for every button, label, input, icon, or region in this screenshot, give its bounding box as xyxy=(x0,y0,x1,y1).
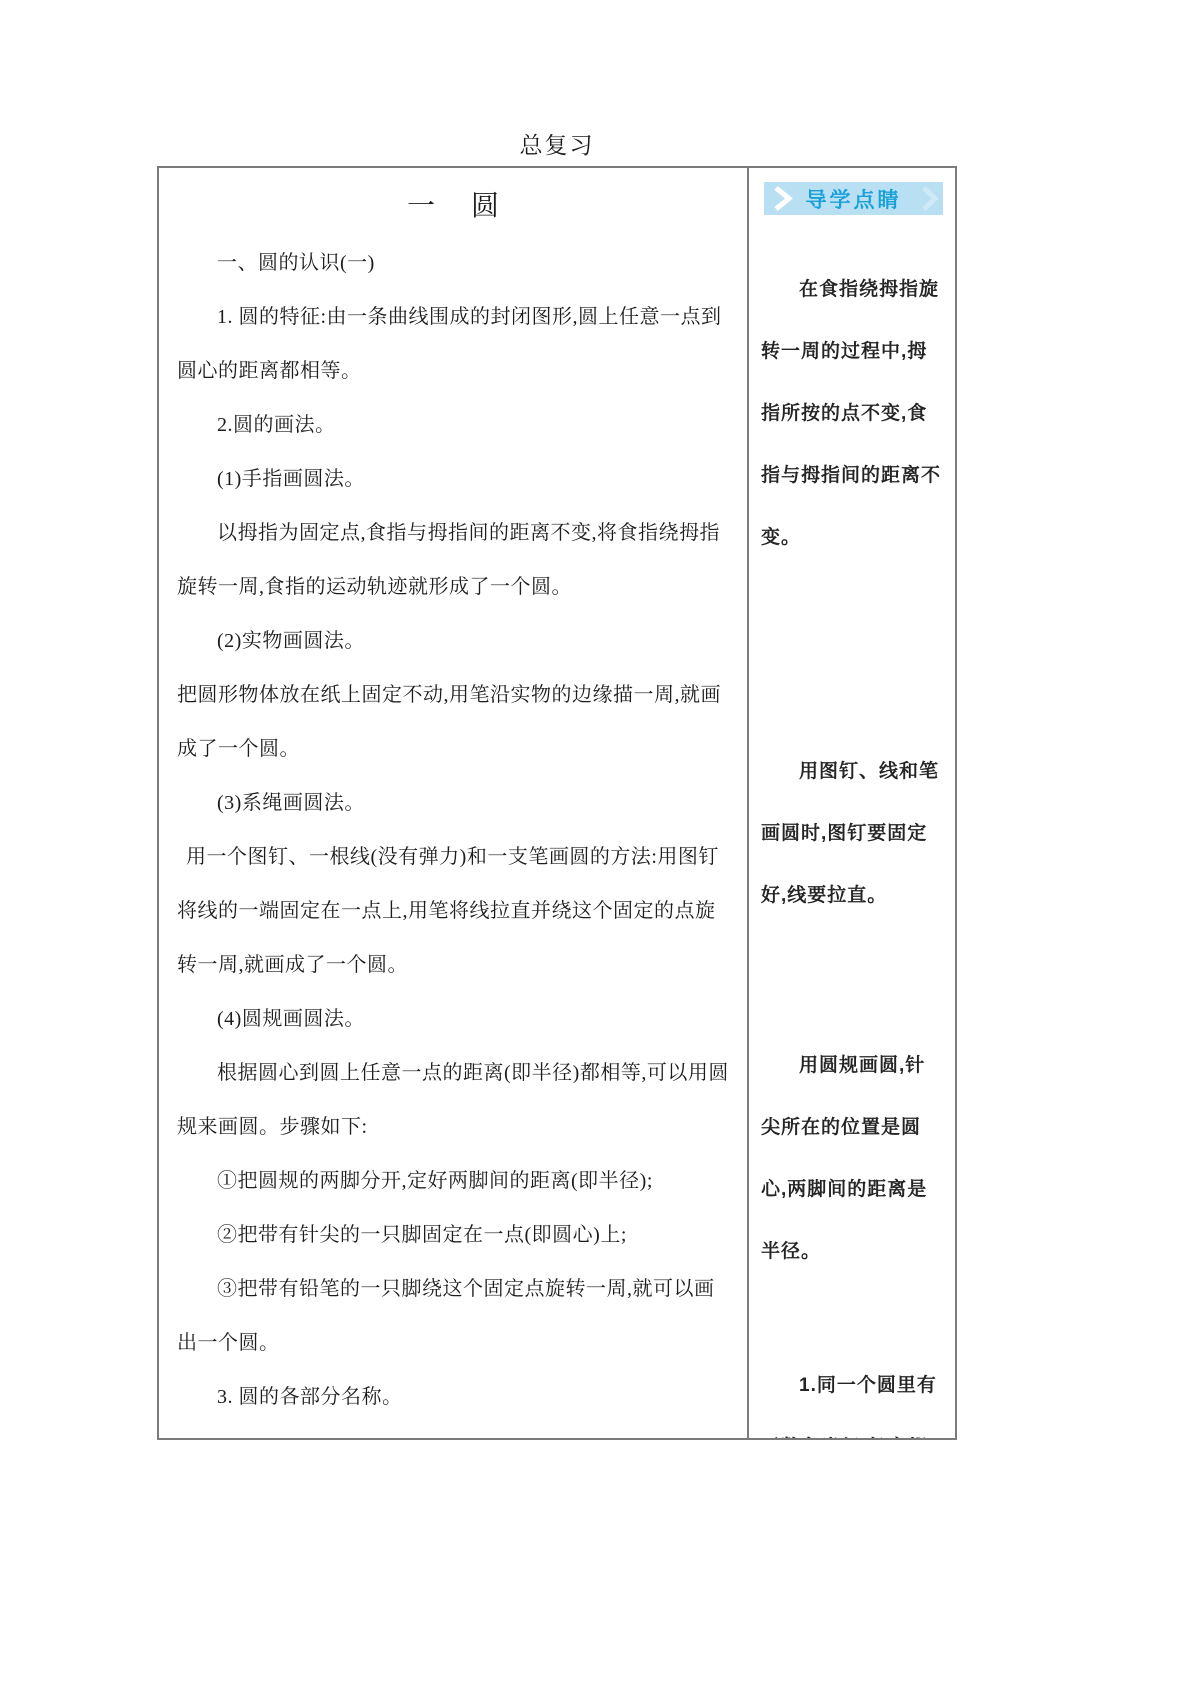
paragraph-method-object-title: (2)实物画圆法。 xyxy=(177,614,733,668)
paragraph-method-finger-body: 以拇指为固定点,食指与拇指间的距离不变,将食指绕拇指旋转一周,食指的运动轨迹就形… xyxy=(177,506,733,614)
paragraph-part-names: 3. 圆的各部分名称。 xyxy=(177,1370,733,1424)
paragraph-method-string-title: (3)系绳画圆法。 xyxy=(177,776,733,830)
guide-badge-label: 导学点睛 xyxy=(806,184,902,214)
paragraph-step-1: ①把圆规的两脚分开,定好两脚间的距离(即半径); xyxy=(177,1154,733,1208)
section-heading: 一 圆 xyxy=(177,184,733,224)
paragraph-feature: 1. 圆的特征:由一条曲线围成的封闭图形,圆上任意一点到圆心的距离都相等。 xyxy=(177,290,733,398)
paragraph-method-finger-title: (1)手指画圆法。 xyxy=(177,452,733,506)
note-compass: 用圆规画圆,针尖所在的位置是圆心,两脚间的距离是半径。 xyxy=(761,1035,945,1283)
guide-badge-background: 导学点睛 xyxy=(764,182,943,215)
paragraph-topic: 一、圆的认识(一) xyxy=(177,236,733,290)
paragraph-method-object-body: 把圆形物体放在纸上固定不动,用笔沿实物的边缘描一周,就画成了一个圆。 xyxy=(177,668,733,776)
paragraph-method-string-body: 用一个图钉、一根线(没有弹力)和一支笔画圆的方法:用图钉将线的一端固定在一点上,… xyxy=(177,830,733,992)
chevron-right-icon xyxy=(920,185,940,212)
note-finger-circle: 在食指绕拇指旋转一周的过程中,拇指所按的点不变,食指与拇指间的距离不变。 xyxy=(761,259,945,569)
note-radius: 1.同一个圆里有无数条半径,长度都相等。 xyxy=(761,1355,945,1438)
page-title: 总复习 xyxy=(157,127,957,160)
chevron-right-icon xyxy=(771,185,795,212)
note-pin-string: 用图钉、线和笔画圆时,图钉要固定好,线要拉直。 xyxy=(761,741,945,927)
paragraph-step-2: ②把带有针尖的一只脚固定在一点(即圆心)上; xyxy=(177,1208,733,1262)
paragraph-step-3: ③把带有铅笔的一只脚绕这个固定点旋转一周,就可以画出一个圆。 xyxy=(177,1262,733,1370)
paragraph-method-compass-body: 根据圆心到圆上任意一点的距离(即半径)都相等,可以用圆规来画圆。步骤如下: xyxy=(177,1046,733,1154)
sidebar-notes: 导学点睛 在食指绕拇指旋转一周的过程中,拇指所按的点不变,食指与拇指间的距离不变… xyxy=(749,168,955,1438)
paragraph-method-compass-title: (4)圆规画圆法。 xyxy=(177,992,733,1046)
main-content: 一 圆 一、圆的认识(一) 1. 圆的特征:由一条曲线围成的封闭图形,圆上任意一… xyxy=(159,168,749,1438)
review-table: 一 圆 一、圆的认识(一) 1. 圆的特征:由一条曲线围成的封闭图形,圆上任意一… xyxy=(157,166,957,1440)
paragraph-drawing-methods: 2.圆的画法。 xyxy=(177,398,733,452)
guide-badge: 导学点睛 xyxy=(764,182,943,215)
